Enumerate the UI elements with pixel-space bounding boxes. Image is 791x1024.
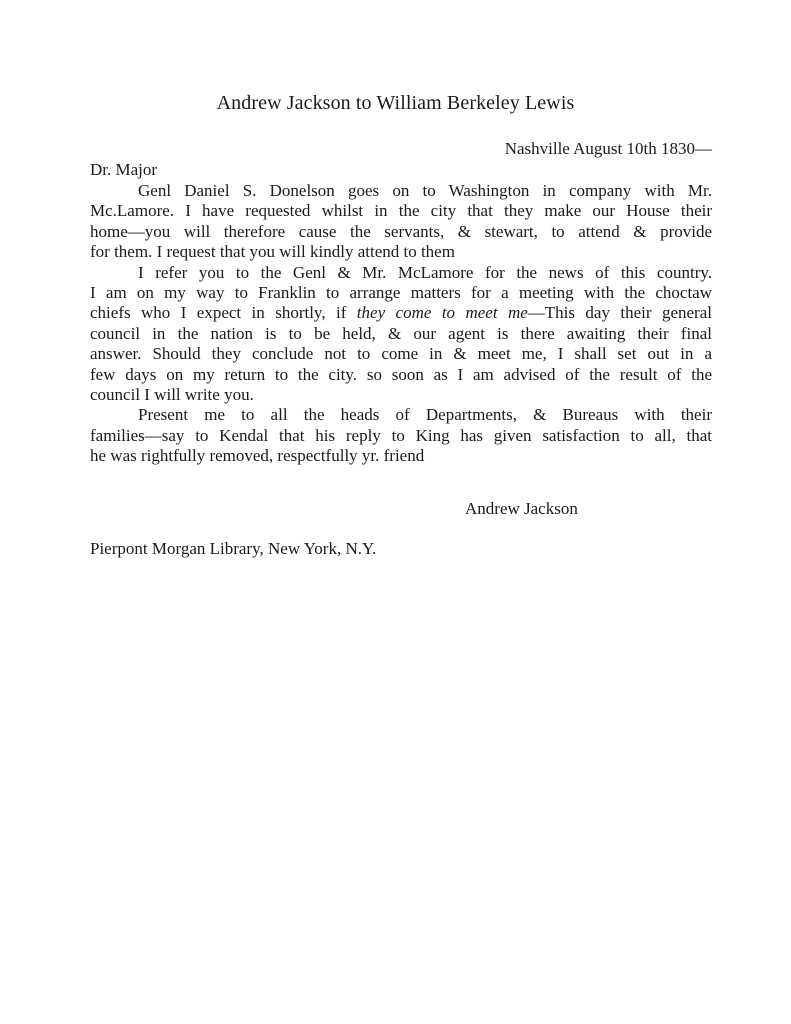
body-line: for them. I request that you will kindly… bbox=[90, 242, 712, 262]
italic-emphasis: they come to meet me bbox=[357, 303, 528, 322]
letter-page: Andrew Jackson to William Berkeley Lewis… bbox=[0, 0, 791, 1024]
source-citation: Pierpont Morgan Library, New York, N.Y. bbox=[90, 539, 376, 559]
body-line: he was rightfully removed, respectfully … bbox=[90, 446, 712, 466]
body-line: I refer you to the Genl & Mr. McLamore f… bbox=[90, 263, 712, 283]
body-line: council in the nation is to be held, & o… bbox=[90, 324, 712, 344]
body-line-mixed: chiefs who I expect in shortly, if they … bbox=[90, 303, 712, 323]
body-line: Present me to all the heads of Departmen… bbox=[90, 405, 712, 425]
body-text-segment: chiefs who I expect in shortly, if bbox=[90, 303, 357, 322]
letter-dateline: Nashville August 10th 1830— bbox=[90, 139, 712, 159]
paragraph-1: Genl Daniel S. Donelson goes on to Washi… bbox=[90, 181, 712, 263]
body-line: families—say to Kendal that his reply to… bbox=[90, 426, 712, 446]
body-line: I am on my way to Franklin to arrange ma… bbox=[90, 283, 712, 303]
body-line: few days on my return to the city. so so… bbox=[90, 365, 712, 385]
body-line: Genl Daniel S. Donelson goes on to Washi… bbox=[90, 181, 712, 201]
letter-body: Genl Daniel S. Donelson goes on to Washi… bbox=[90, 181, 712, 467]
letter-title: Andrew Jackson to William Berkeley Lewis bbox=[0, 90, 791, 116]
body-line: answer. Should they conclude not to come… bbox=[90, 344, 712, 364]
body-text-segment: —This day their general bbox=[528, 303, 712, 322]
letter-signature: Andrew Jackson bbox=[465, 499, 578, 519]
body-line: council I will write you. bbox=[90, 385, 712, 405]
body-line: Mc.Lamore. I have requested whilst in th… bbox=[90, 201, 712, 221]
letter-salutation: Dr. Major bbox=[90, 160, 157, 180]
body-line: home—you will therefore cause the servan… bbox=[90, 222, 712, 242]
paragraph-3: Present me to all the heads of Departmen… bbox=[90, 405, 712, 466]
paragraph-2: I refer you to the Genl & Mr. McLamore f… bbox=[90, 263, 712, 406]
